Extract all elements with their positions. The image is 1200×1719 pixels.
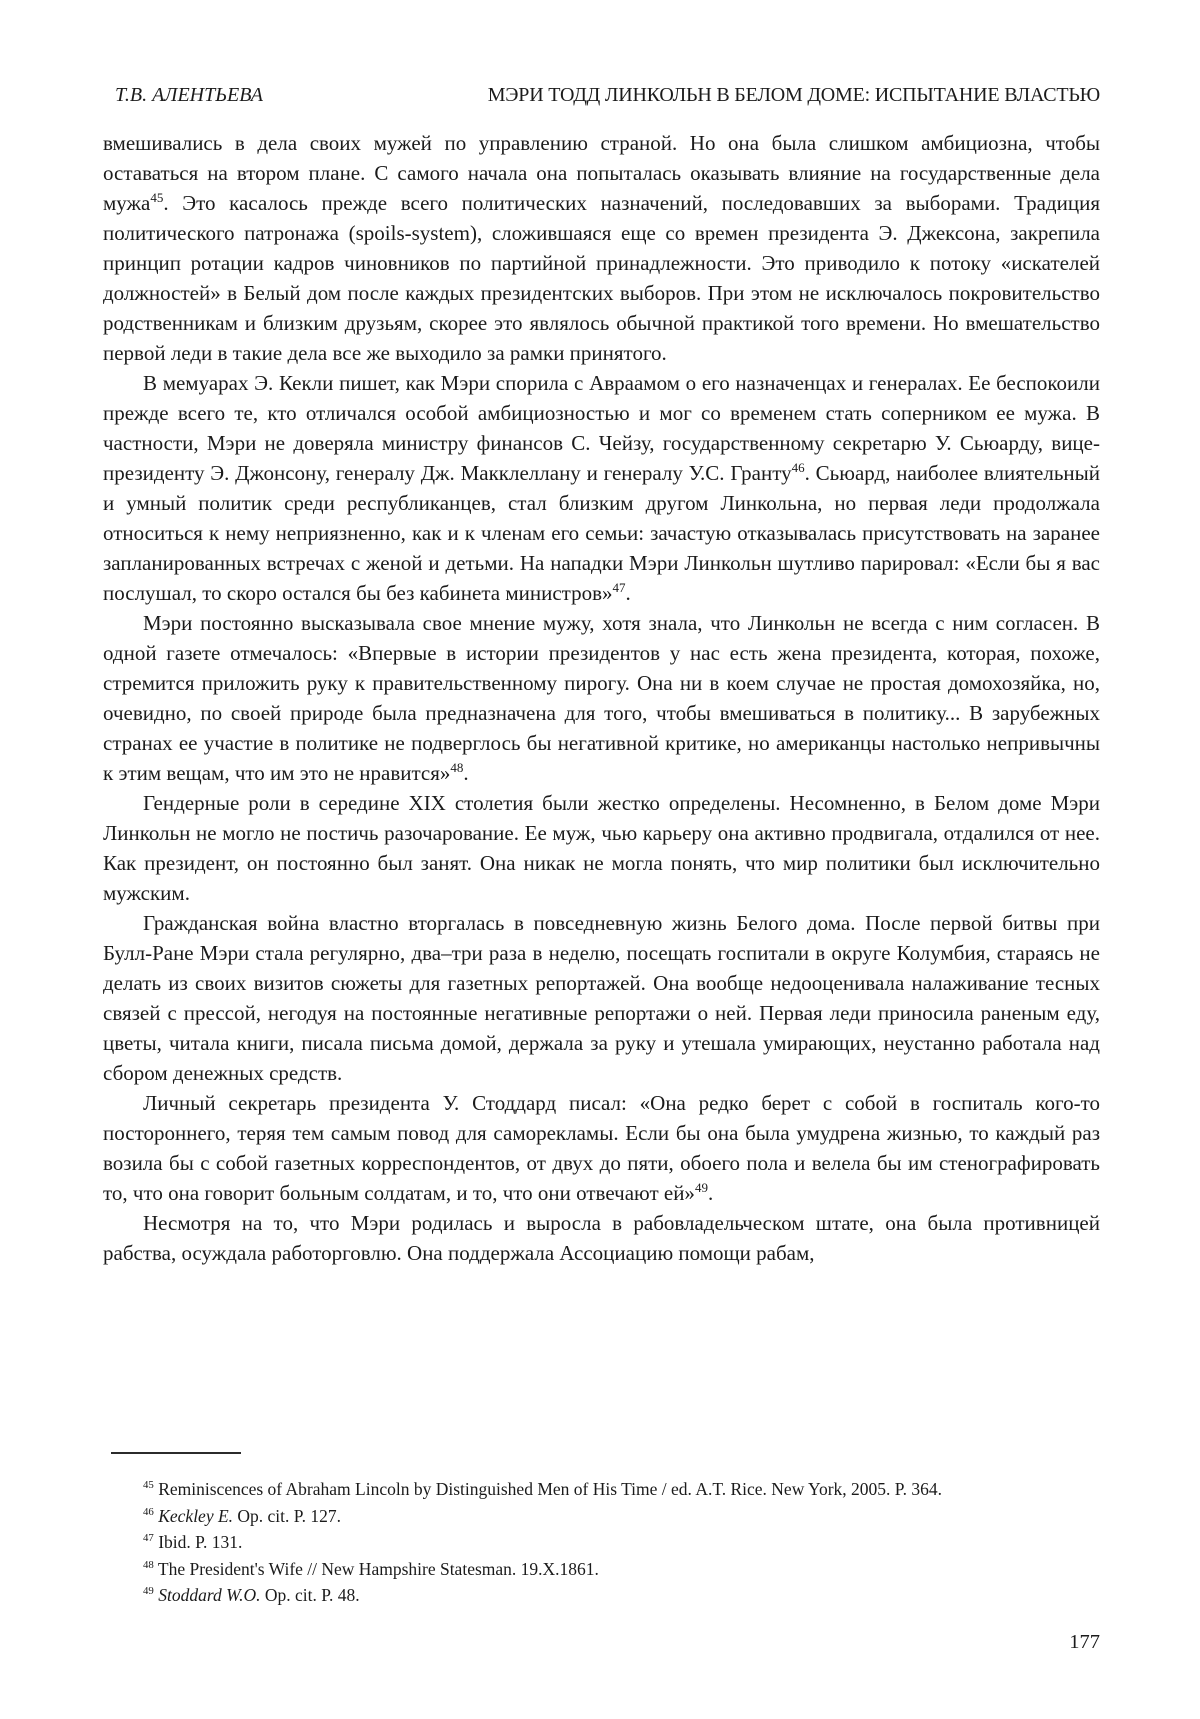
footnote-number: 49 xyxy=(143,1585,154,1597)
italic-text: Keckley E. xyxy=(158,1506,233,1526)
footnote: 49 Stoddard W.O. Op. cit. P. 48. xyxy=(103,1582,1100,1609)
paragraph: Мэри постоянно высказывала свое мнение м… xyxy=(103,608,1100,788)
running-header: Т.В. АЛЕНТЬЕВА МЭРИ ТОДД ЛИНКОЛЬН В БЕЛО… xyxy=(103,84,1100,107)
footnote-number: 46 xyxy=(143,1506,154,1518)
footnote-marker: 45 xyxy=(150,190,163,205)
footnote-marker: 49 xyxy=(695,1180,708,1195)
italic-text: Stoddard W.O. xyxy=(158,1585,260,1605)
paragraph: вмешивались в дела своих мужей по управл… xyxy=(103,128,1100,368)
footnote-list: 45 Reminiscences of Abraham Lincoln by D… xyxy=(103,1476,1100,1609)
footnote-marker: 48 xyxy=(450,760,463,775)
footnote-number: 48 xyxy=(143,1559,154,1571)
body-text: вмешивались в дела своих мужей по управл… xyxy=(103,128,1100,1268)
paragraph: Гендерные роли в середине XIX столетия б… xyxy=(103,788,1100,908)
page-number: 177 xyxy=(1069,1631,1100,1654)
paragraph: В мемуарах Э. Кекли пишет, как Мэри спор… xyxy=(103,368,1100,608)
paragraph: Личный секретарь президента У. Стоддард … xyxy=(103,1088,1100,1208)
footnote-marker: 47 xyxy=(613,580,626,595)
footnote-separator-rule xyxy=(111,1452,241,1454)
footnote: 48 The President's Wife // New Hampshire… xyxy=(103,1556,1100,1583)
footnote: 47 Ibid. P. 131. xyxy=(103,1529,1100,1556)
document-page: Т.В. АЛЕНТЬЕВА МЭРИ ТОДД ЛИНКОЛЬН В БЕЛО… xyxy=(0,0,1200,1719)
footnote-number: 47 xyxy=(143,1532,154,1544)
footnote-block: 45 Reminiscences of Abraham Lincoln by D… xyxy=(103,1452,1100,1609)
footnote: 45 Reminiscences of Abraham Lincoln by D… xyxy=(103,1476,1100,1503)
paragraph: Несмотря на то, что Мэри родилась и выро… xyxy=(103,1208,1100,1268)
footnote-number: 45 xyxy=(143,1479,154,1491)
header-title: МЭРИ ТОДД ЛИНКОЛЬН В БЕЛОМ ДОМЕ: ИСПЫТАН… xyxy=(488,84,1100,107)
footnote: 46 Keckley E. Op. cit. P. 127. xyxy=(103,1503,1100,1530)
header-author: Т.В. АЛЕНТЬЕВА xyxy=(103,84,263,107)
paragraph: Гражданская война властно вторгалась в п… xyxy=(103,908,1100,1088)
footnote-marker: 46 xyxy=(792,460,805,475)
